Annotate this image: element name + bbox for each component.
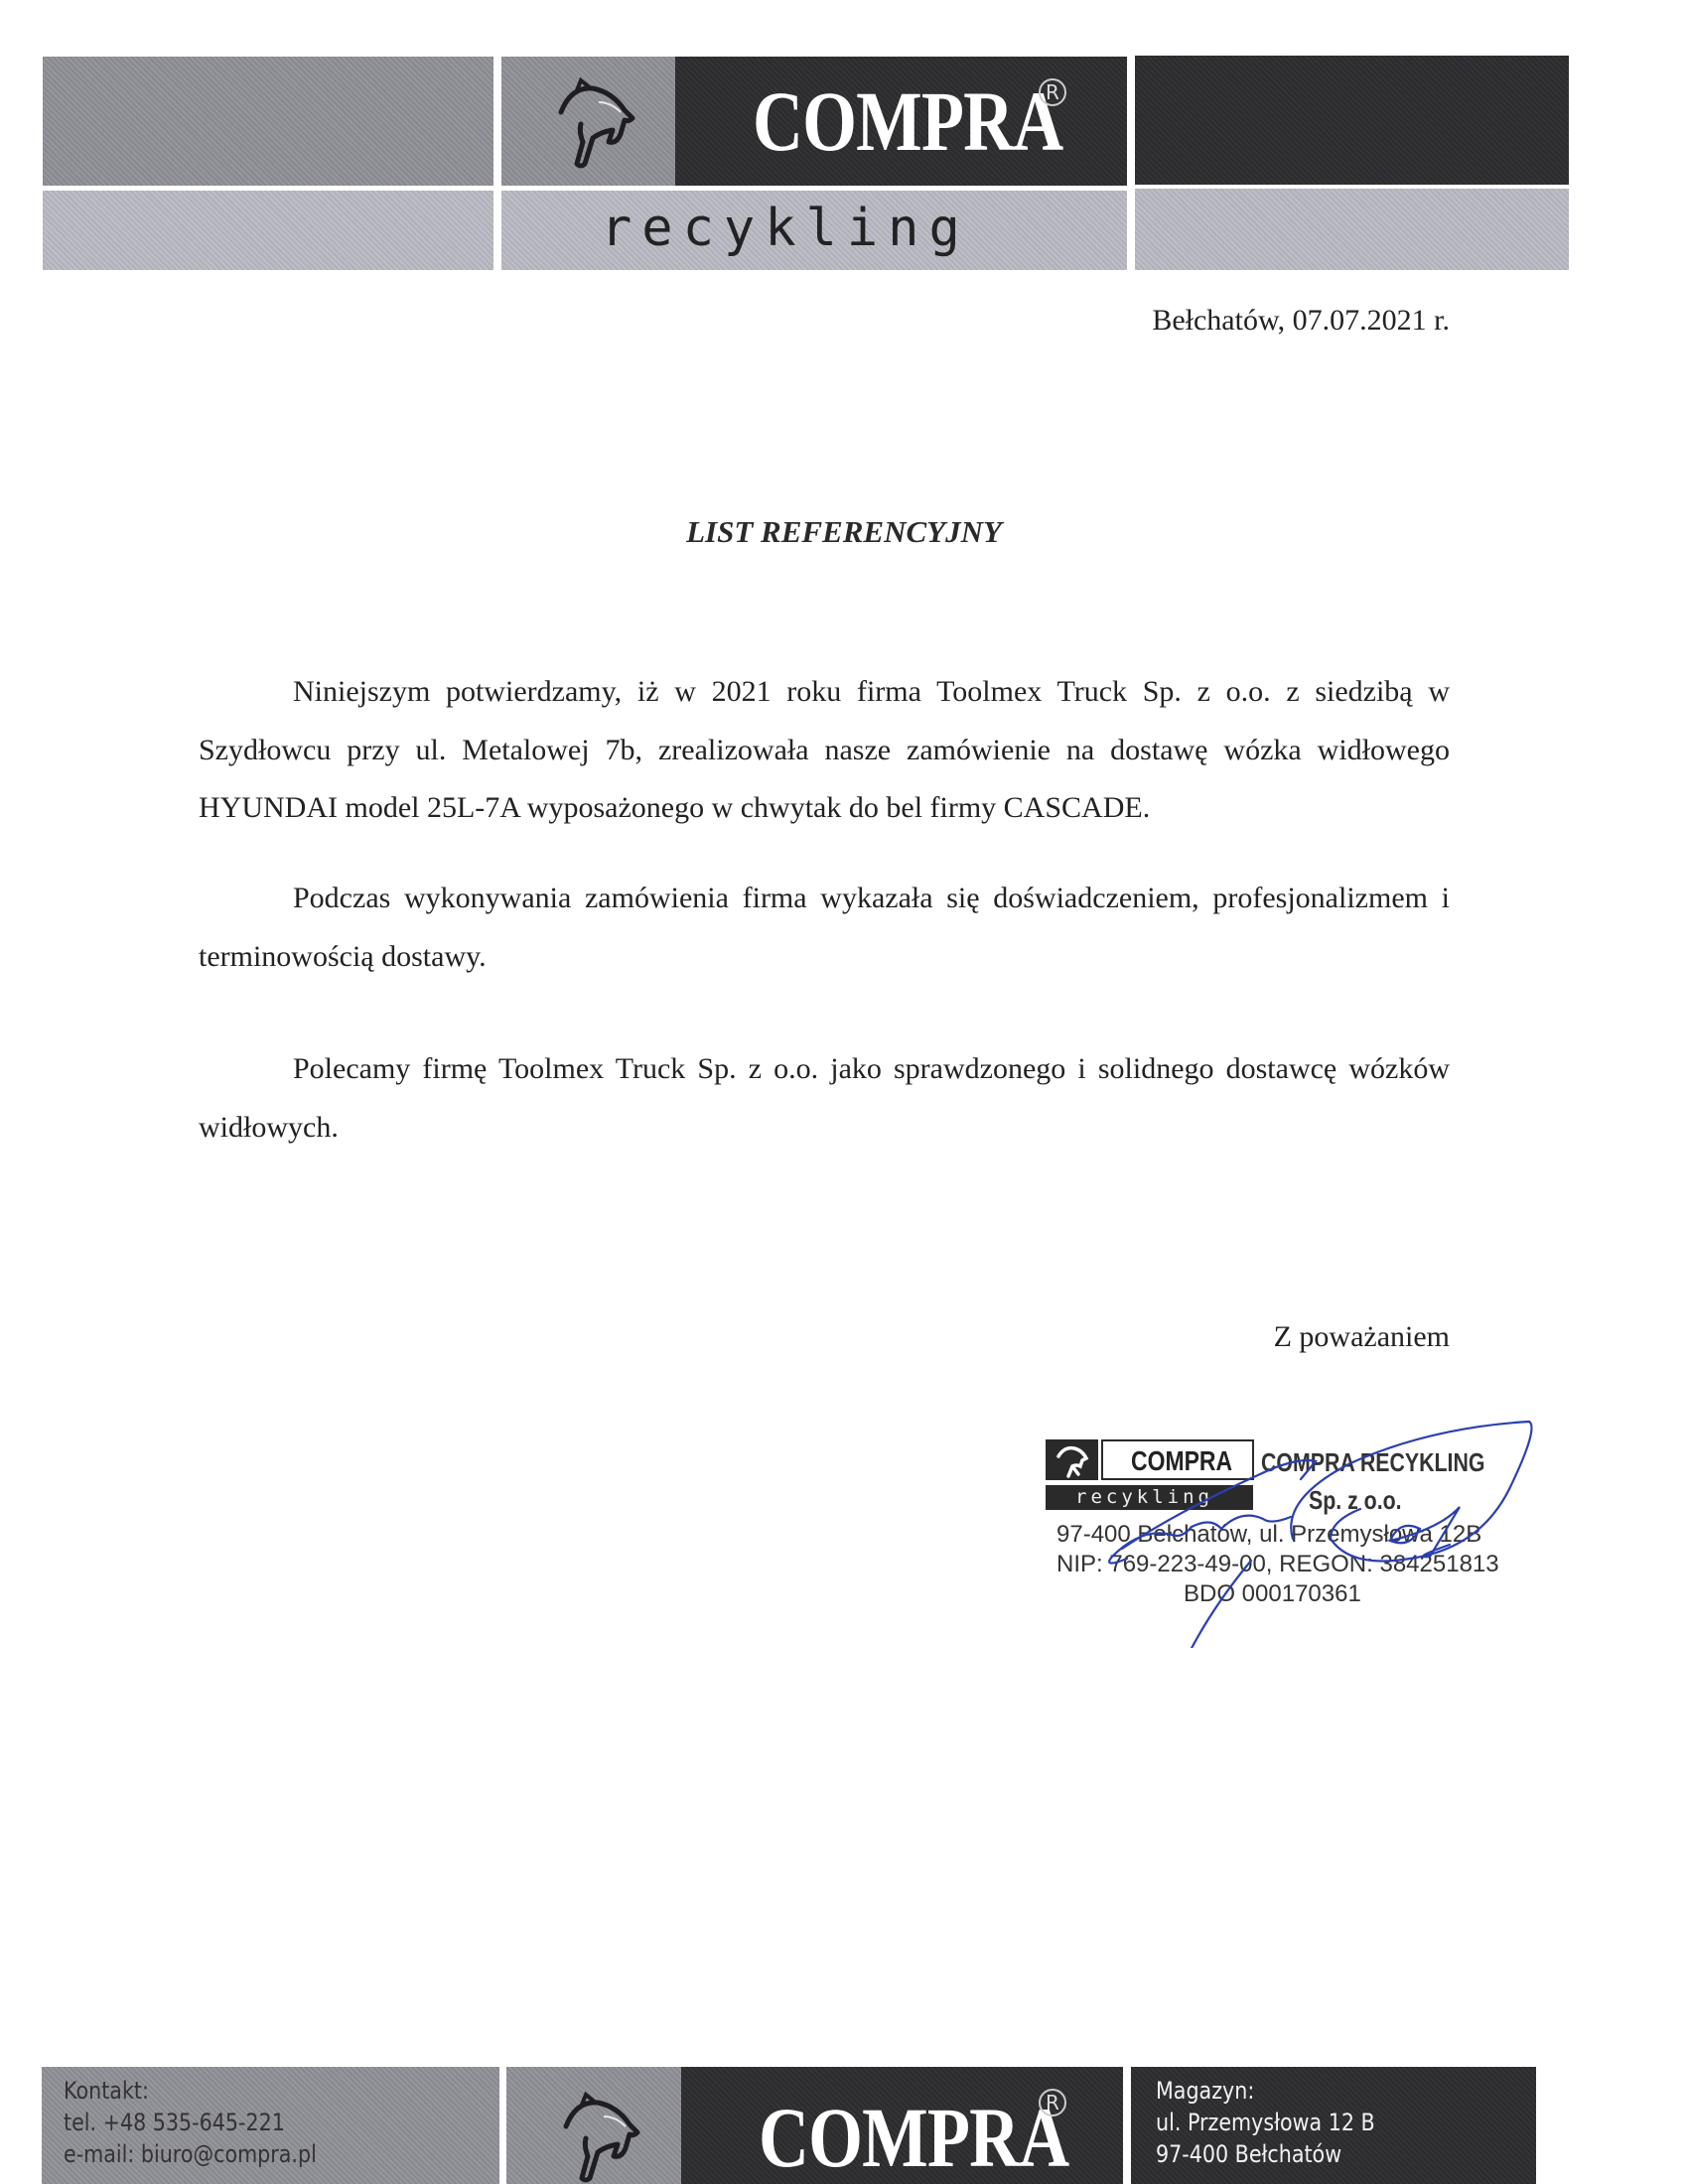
footer-brand-name: COMPRA: [759, 2093, 1068, 2182]
header-subbrand-cell: recykling: [501, 191, 1127, 270]
header-logo-cell: [501, 57, 675, 186]
letterhead-header: COMPRA R recykling: [0, 0, 1688, 288]
footer-brand-cell: COMPRA R: [681, 2067, 1123, 2184]
handwritten-signature: [1033, 1410, 1549, 1648]
header-block-left-bottom: [43, 191, 493, 270]
footer-contact-cell: Kontakt: tel. +48 535-645-221 e-mail: bi…: [42, 2067, 499, 2184]
footer-contact: Kontakt: tel. +48 535-645-221 e-mail: bi…: [64, 2075, 317, 2170]
header-subbrand: recykling: [601, 199, 970, 258]
body-paragraph-1: Niniejszym potwierdzamy, iż w 2021 roku …: [199, 663, 1450, 838]
header-block-left-top: [43, 57, 493, 186]
place-and-date: Bełchatów, 07.07.2021 r.: [1132, 304, 1450, 338]
header-block-right-top: [1135, 56, 1569, 185]
paragraph-text: Podczas wykonywania zamówienia firma wyk…: [199, 870, 1450, 986]
footer-warehouse-label: Magazyn:: [1156, 2075, 1375, 2107]
registered-mark: R: [1039, 78, 1066, 106]
header-brand-name: COMPRA: [753, 76, 1062, 166]
paragraph-text: Polecamy firmę Toolmex Truck Sp. z o.o. …: [199, 1040, 1450, 1157]
panther-head-icon: [546, 2087, 655, 2184]
footer-warehouse-city: 97-400 Bełchatów: [1156, 2138, 1375, 2170]
header-block-right-bottom: [1135, 189, 1569, 270]
footer-contact-phone[interactable]: tel. +48 535-645-221: [64, 2107, 317, 2138]
body-paragraph-2: Podczas wykonywania zamówienia firma wyk…: [199, 870, 1450, 986]
letterhead-footer: Kontakt: tel. +48 535-645-221 e-mail: bi…: [0, 2065, 1688, 2184]
panther-head-icon: [541, 72, 650, 172]
footer-contact-email[interactable]: e-mail: biuro@compra.pl: [64, 2138, 317, 2170]
footer-warehouse-cell: Magazyn: ul. Przemysłowa 12 B 97-400 Beł…: [1131, 2067, 1536, 2184]
footer-contact-label: Kontakt:: [64, 2075, 317, 2107]
document-title: LIST REFERENCYJNY: [0, 514, 1688, 550]
footer-logo-cell: [506, 2067, 681, 2184]
company-stamp: COMPRA recykling COMPRA RECYKLING Sp. z …: [1033, 1410, 1549, 1648]
body-paragraph-3: Polecamy firmę Toolmex Truck Sp. z o.o. …: [199, 1040, 1450, 1157]
closing-salutation: Z poważaniem: [1231, 1320, 1450, 1354]
registered-mark: R: [1039, 2089, 1066, 2116]
footer-warehouse: Magazyn: ul. Przemysłowa 12 B 97-400 Beł…: [1156, 2075, 1375, 2170]
footer-warehouse-street: ul. Przemysłowa 12 B: [1156, 2107, 1375, 2138]
header-brand-cell: COMPRA R: [675, 57, 1127, 186]
paragraph-text: Niniejszym potwierdzamy, iż w 2021 roku …: [199, 663, 1450, 838]
